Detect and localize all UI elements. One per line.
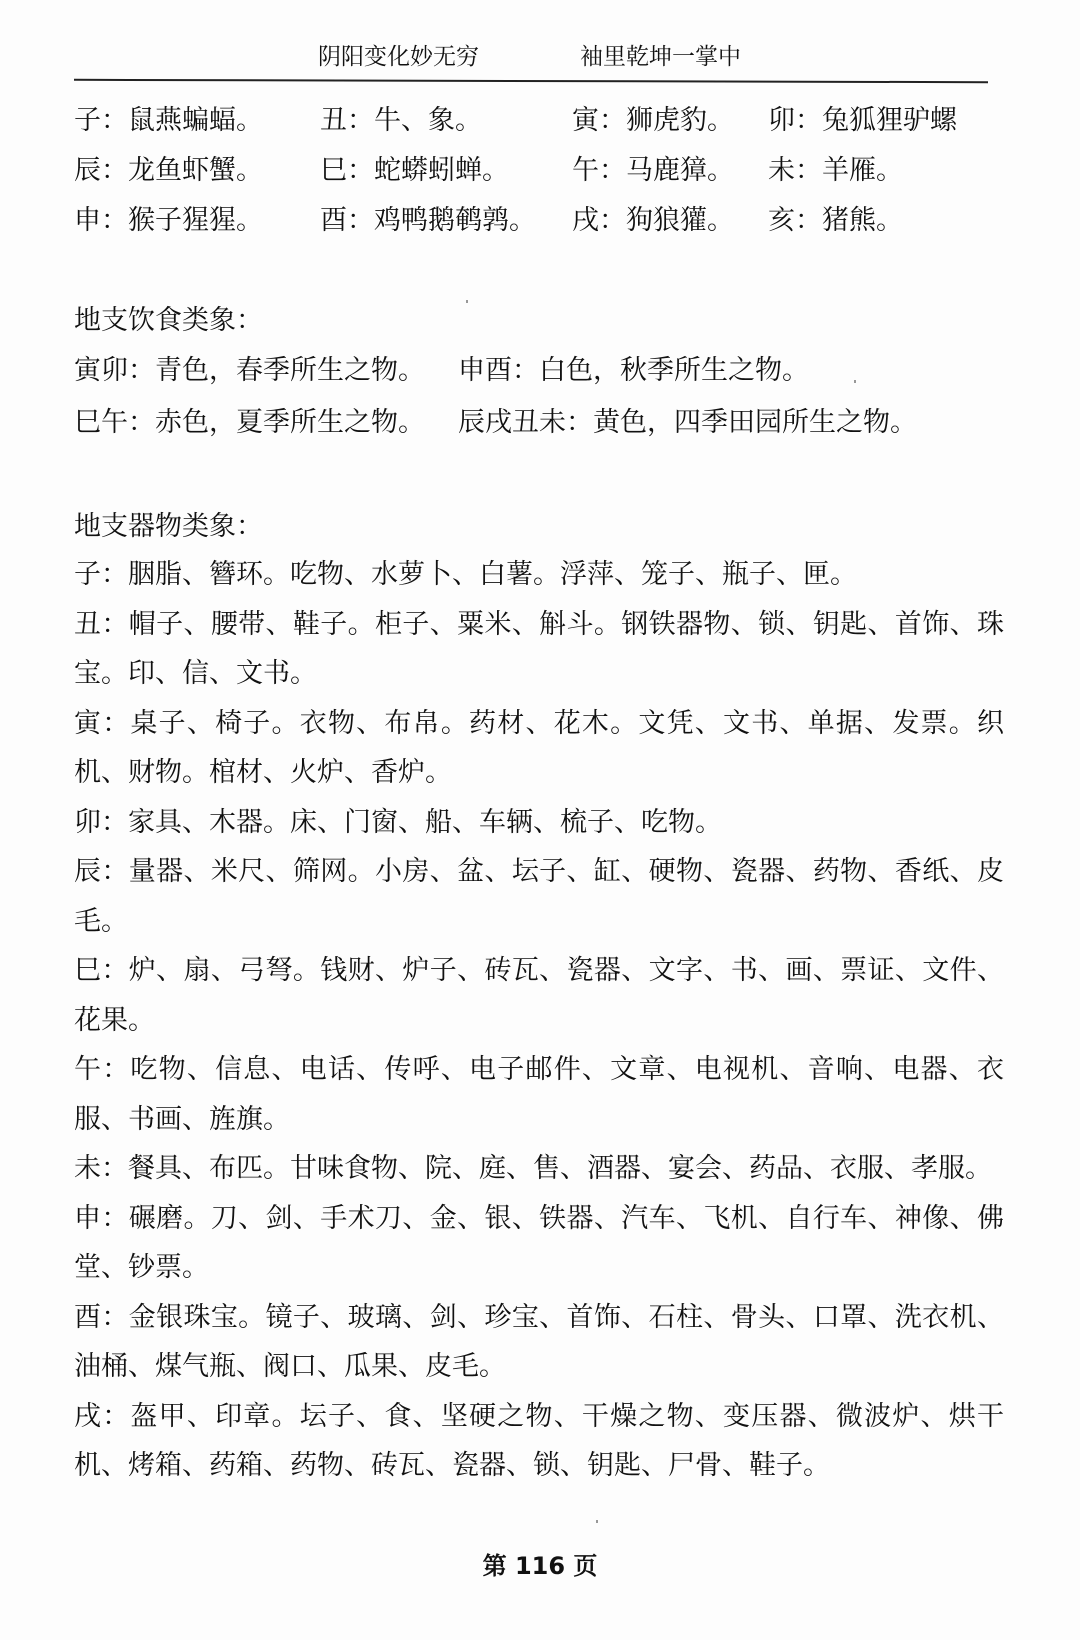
object-entry-wu: 午：吃物、信息、电话、传呼、电子邮件、文章、电视机、音响、电器、衣服、书画、旌旗…	[74, 1045, 1004, 1144]
object-entry-chen: 辰：量器、米尺、筛网。小房、盆、坛子、缸、硬物、瓷器、药物、香纸、皮毛。	[74, 847, 1004, 946]
header-right-verse: 袖里乾坤一掌中	[580, 38, 741, 71]
zodiac-cell: 寅：狮虎豹。	[572, 96, 734, 146]
object-entry-xu: 戌：盔甲、印章。坛子、食、坚硬之物、干燥之物、变压器、微波炉、烘干机、烤箱、药箱…	[74, 1392, 1004, 1491]
object-entry-shen: 申：碾磨。刀、剑、手术刀、金、银、铁器、汽车、飞机、自行车、神像、佛堂、钞票。	[74, 1194, 1004, 1293]
food-entry: 辰戌丑未：黄色，四季田园所生之物。	[458, 398, 917, 448]
zodiac-cell: 午：马鹿獐。	[572, 146, 734, 196]
header-rule	[74, 79, 988, 83]
scan-speck	[466, 300, 468, 303]
zodiac-row: 申：猴子猩猩。 酉：鸡鸭鹅鹌鹑。 戌：狗狼獾。 亥：猪熊。	[74, 196, 1014, 246]
zodiac-cell: 子：鼠燕蝙蝠。	[74, 96, 263, 146]
document-page: 阴阳变化妙无穷 袖里乾坤一掌中 子：鼠燕蝙蝠。 丑：牛、象。 寅：狮虎豹。 卯：…	[0, 0, 1080, 1640]
object-entry-you: 酉：金银珠宝。镜子、玻璃、剑、珍宝、首饰、石柱、骨头、口罩、洗衣机、油桶、煤气瓶…	[74, 1293, 1004, 1392]
page-number: 第 116 页	[0, 1546, 1080, 1581]
zodiac-cell: 卯：兔狐狸驴螺	[768, 96, 957, 146]
object-entry-mao: 卯：家具、木器。床、门窗、船、车辆、梳子、吃物。	[74, 798, 1004, 848]
object-entry-si: 巳：炉、扇、弓弩。钱财、炉子、砖瓦、瓷器、文字、书、画、票证、文件、花果。	[74, 946, 1004, 1045]
object-entry-chou: 丑：帽子、腰带、鞋子。柜子、粟米、斛斗。钢铁器物、锁、钥匙、首饰、珠宝。印、信、…	[74, 600, 1004, 699]
objects-list: 子：胭脂、簪环。吃物、水萝卜、白薯。浮萍、笼子、瓶子、匣。 丑：帽子、腰带、鞋子…	[74, 550, 1004, 1491]
scan-speck	[854, 380, 856, 383]
zodiac-cell: 丑：牛、象。	[320, 96, 482, 146]
zodiac-cell: 未：羊雁。	[768, 146, 903, 196]
zodiac-row: 辰：龙鱼虾蟹。 巳：蛇蟒蚓蝉。 午：马鹿獐。 未：羊雁。	[74, 146, 1014, 196]
zodiac-cell: 申：猴子猩猩。	[74, 196, 263, 246]
zodiac-cell: 亥：猪熊。	[768, 196, 903, 246]
page-header: 阴阳变化妙无穷 袖里乾坤一掌中	[0, 34, 1080, 74]
food-entry: 申酉：白色，秋季所生之物。	[458, 346, 809, 396]
food-entry: 巳午：赤色，夏季所生之物。	[74, 398, 425, 448]
zodiac-row: 子：鼠燕蝙蝠。 丑：牛、象。 寅：狮虎豹。 卯：兔狐狸驴螺	[74, 96, 1014, 146]
object-entry-zi: 子：胭脂、簪环。吃物、水萝卜、白薯。浮萍、笼子、瓶子、匣。	[74, 550, 1004, 600]
zodiac-cell: 辰：龙鱼虾蟹。	[74, 146, 263, 196]
food-entry: 寅卯：青色，春季所生之物。	[74, 346, 425, 396]
zodiac-cell: 酉：鸡鸭鹅鹌鹑。	[320, 196, 536, 246]
zodiac-cell: 戌：狗狼獾。	[572, 196, 734, 246]
food-section-title: 地支饮食类象：	[74, 296, 263, 346]
scan-speck	[596, 1520, 598, 1523]
zodiac-cell: 巳：蛇蟒蚓蝉。	[320, 146, 509, 196]
header-left-verse: 阴阳变化妙无穷	[318, 38, 479, 71]
objects-section-title: 地支器物类象：	[74, 502, 263, 552]
object-entry-wei: 未：餐具、布匹。甘味食物、院、庭、售、酒器、宴会、药品、衣服、孝服。	[74, 1144, 1004, 1194]
zodiac-animal-grid: 子：鼠燕蝙蝠。 丑：牛、象。 寅：狮虎豹。 卯：兔狐狸驴螺 辰：龙鱼虾蟹。 巳：…	[74, 96, 1014, 246]
object-entry-yin: 寅：桌子、椅子。衣物、布帛。药材、花木。文凭、文书、单据、发票。织机、财物。棺材…	[74, 699, 1004, 798]
